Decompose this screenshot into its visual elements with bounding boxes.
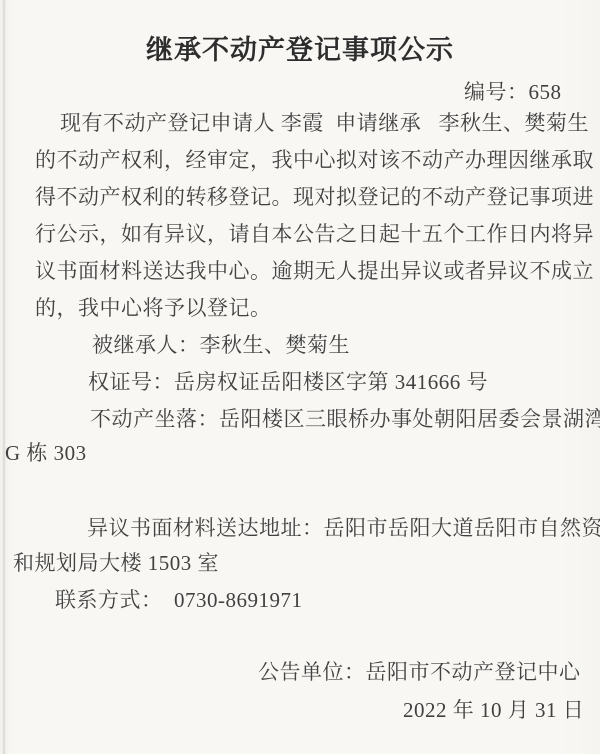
- property-location-line: 不动产坐落：岳阳楼区三眼桥办事处朝阳居委会景湖湾: [90, 406, 600, 433]
- notice-body-line: 议书面材料送达我中心。逾期无人提出异议或者异议不成立: [35, 258, 594, 285]
- notice-body-line: 得不动产权利的转移登记。现对拟登记的不动产登记事项进: [35, 184, 594, 211]
- notice-body-line: 的，我中心将予以登记。: [35, 295, 272, 322]
- doc-number: 编号：658: [464, 79, 562, 106]
- contact-phone-line: 联系方式： 0730-8691971: [55, 587, 303, 614]
- certificate-number-line: 权证号：岳房权证岳阳楼区字第 341666 号: [88, 369, 488, 396]
- scan-edge-artifact: [3, 0, 5, 754]
- notice-title: 继承不动产登记事项公示: [0, 28, 600, 67]
- objection-address-line: 异议书面材料送达地址：岳阳市岳阳大道岳阳市自然资源: [87, 515, 600, 542]
- notice-body-line: 的不动产权利，经审定，我中心拟对该不动产办理因继承取: [35, 147, 594, 174]
- heir-line: 被继承人：李秋生、樊菊生: [92, 332, 350, 359]
- notice-body-line: 现有不动产登记申请人 李霞 申请继承 李秋生、樊菊生: [60, 110, 589, 137]
- notice-document: 继承不动产登记事项公示 编号：658 现有不动产登记申请人 李霞 申请继承 李秋…: [0, 0, 600, 754]
- issuing-unit-line: 公告单位：岳阳市不动产登记中心: [258, 659, 581, 686]
- notice-body-line: 行公示，如有异议，请自本公告之日起十五个工作日内将异: [35, 221, 594, 248]
- property-location-line-2: G 栋 303: [5, 440, 87, 467]
- issue-date-line: 2022 年 10 月 31 日: [403, 697, 584, 724]
- objection-address-line-2: 和规划局大楼 1503 室: [13, 550, 219, 577]
